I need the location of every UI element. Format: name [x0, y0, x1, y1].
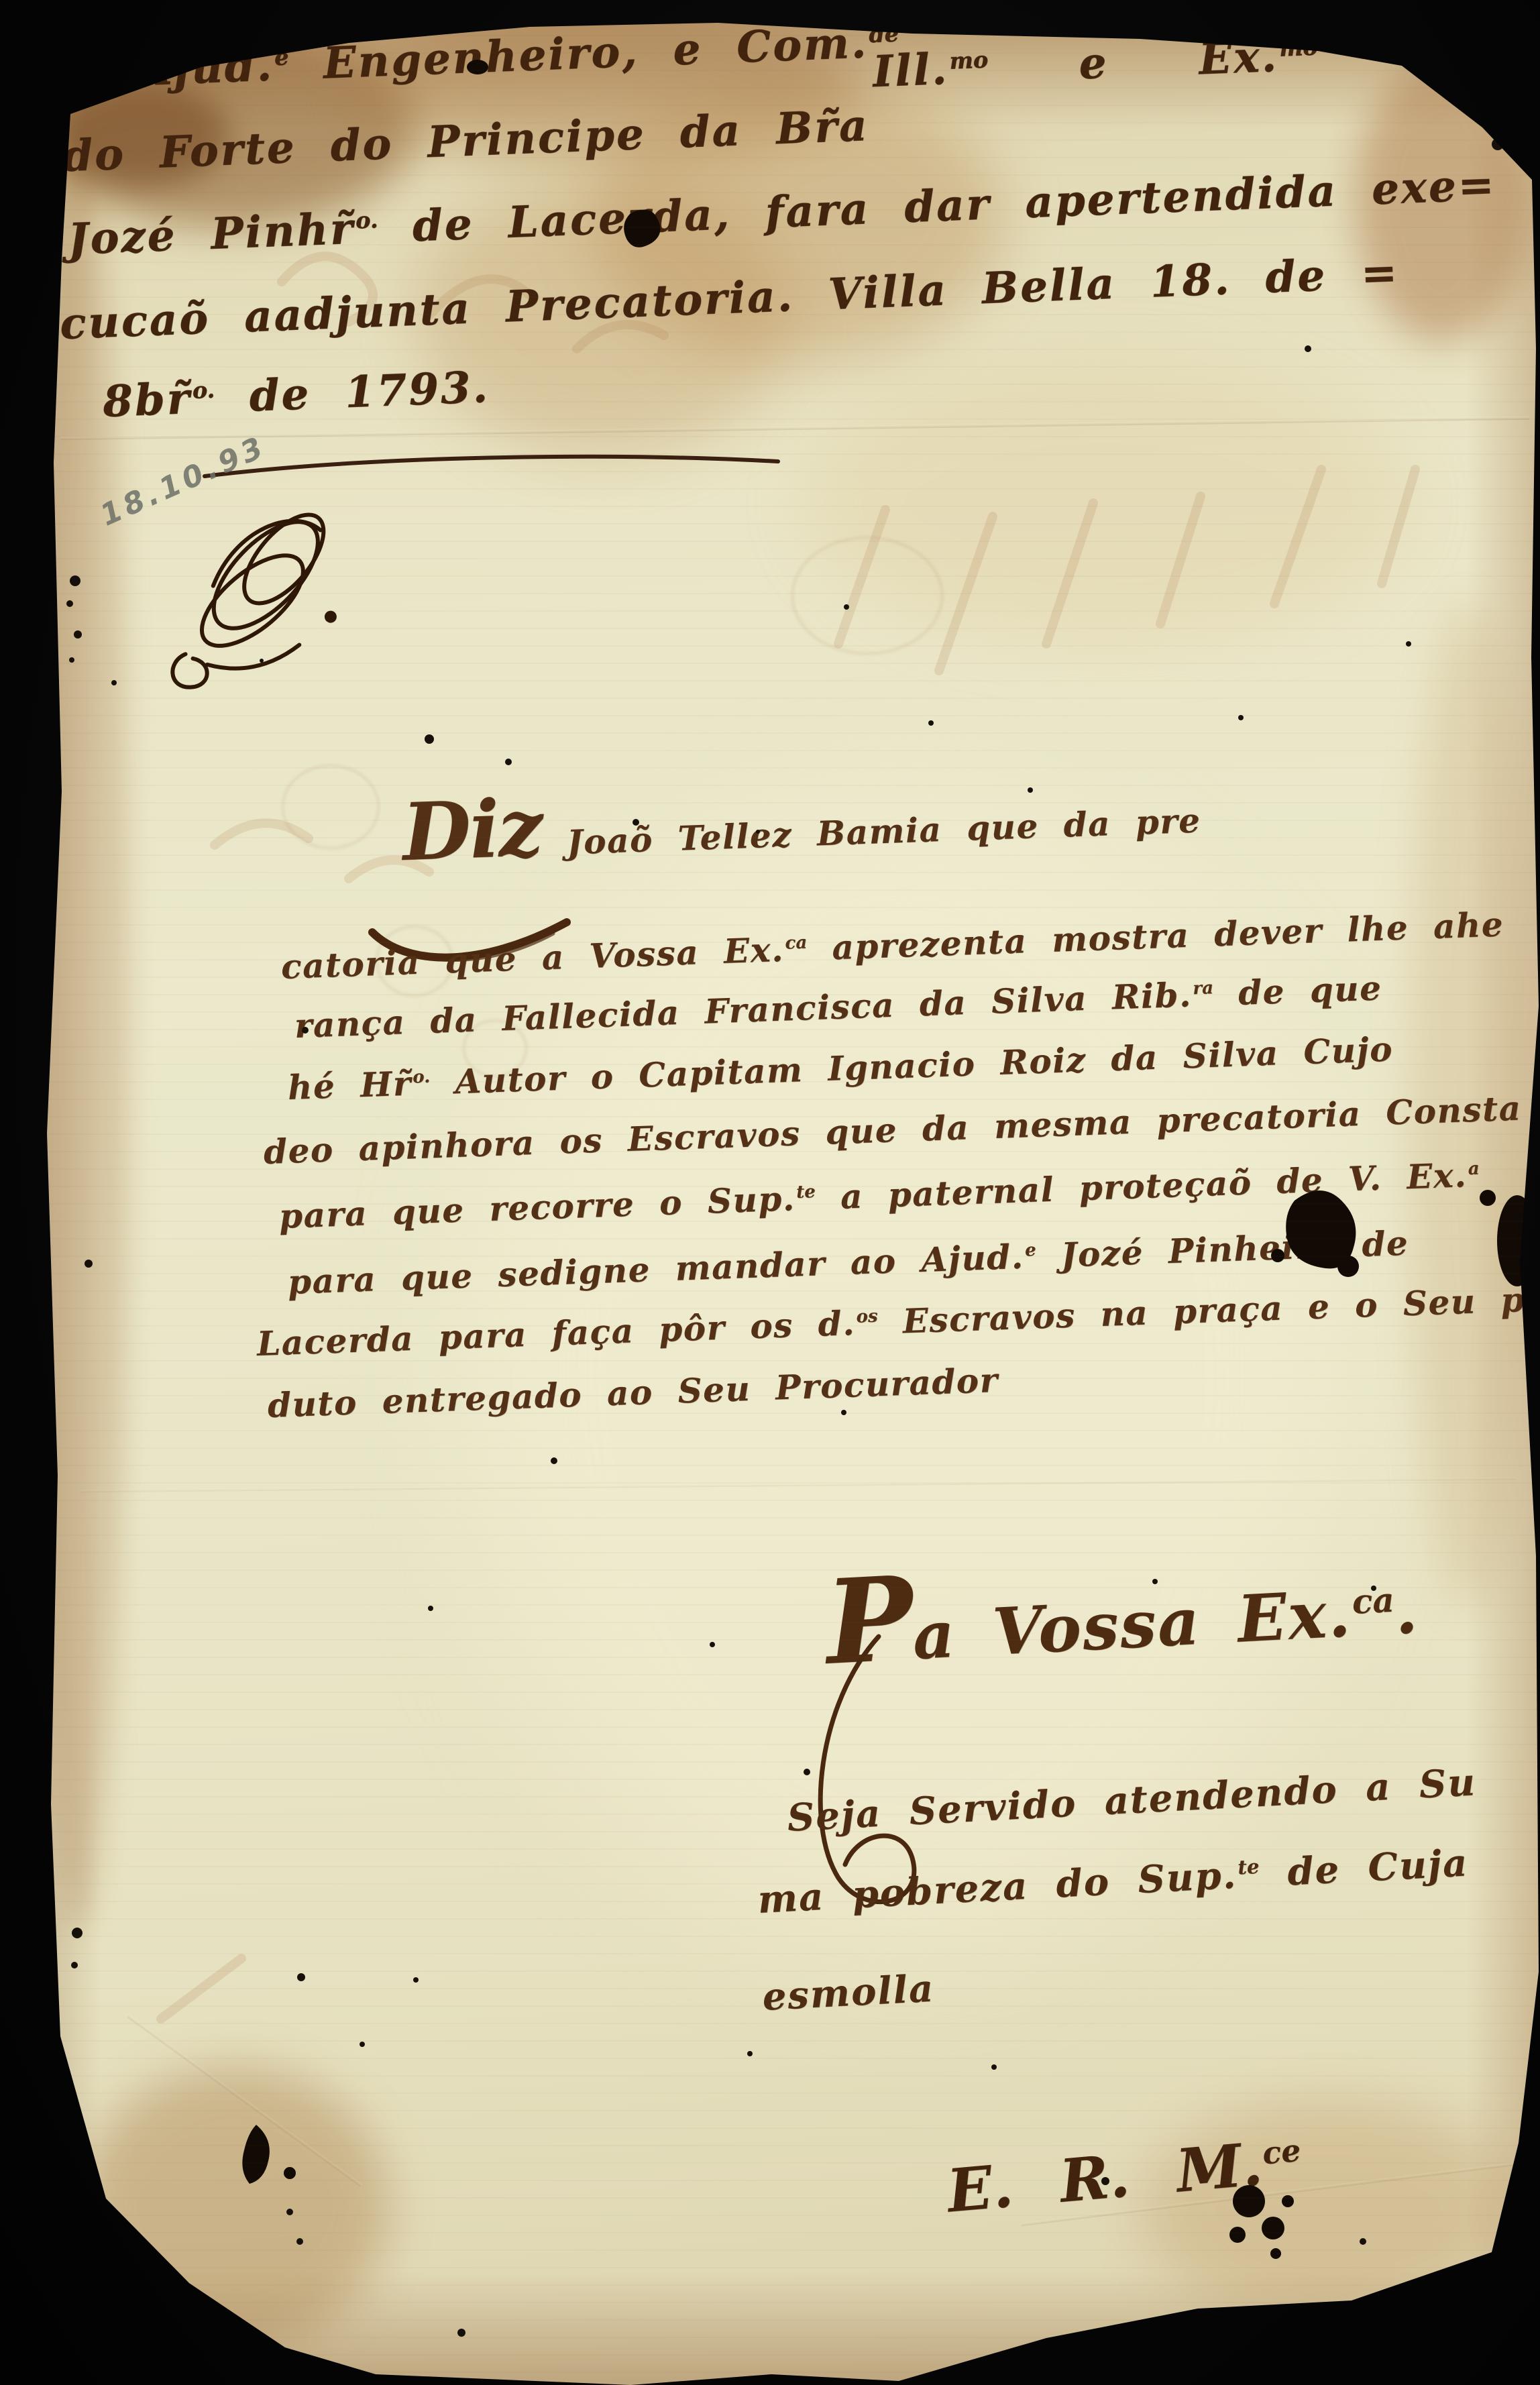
paper-sheet: Ajud.e Engenheiro, e Com.de Ill.mo e Ex.… — [0, 0, 1540, 2385]
ink-speck-layer — [0, 0, 1540, 2385]
photo-backdrop: Ajud.e Engenheiro, e Com.de Ill.mo e Ex.… — [0, 0, 1540, 2385]
